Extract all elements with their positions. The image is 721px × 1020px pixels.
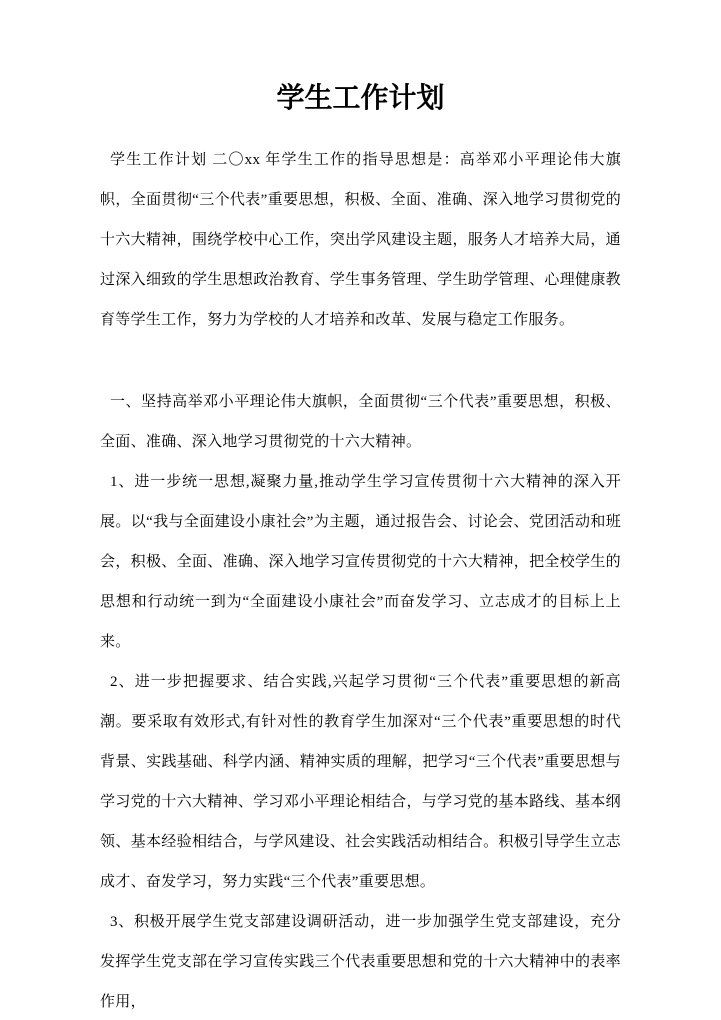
blank-line-spacer [100, 340, 621, 382]
paragraph-guiding-ideology: 学生工作计划 二〇xx 年学生工作的指导思想是：高举邓小平理论伟大旗帜，全面贯彻… [100, 140, 621, 340]
paragraph-point-1: 1、进一步统一思想,凝聚力量,推动学生学习宣传贯彻十六大精神的深入开展。以“我与… [100, 462, 621, 662]
document-page: 学生工作计划 学生工作计划 二〇xx 年学生工作的指导思想是：高举邓小平理论伟大… [0, 0, 721, 1020]
document-title: 学生工作计划 [100, 82, 621, 116]
paragraph-point-3: 3、积极开展学生党支部建设调研活动，进一步加强学生党支部建设，充分发挥学生党支部… [100, 902, 621, 1020]
paragraph-section-one: 一、坚持高举邓小平理论伟大旗帜，全面贯彻“三个代表”重要思想，积极、全面、准确、… [100, 382, 621, 462]
paragraph-point-2: 2、进一步把握要求、结合实践,兴起学习贯彻“三个代表”重要思想的新高潮。要采取有… [100, 662, 621, 902]
